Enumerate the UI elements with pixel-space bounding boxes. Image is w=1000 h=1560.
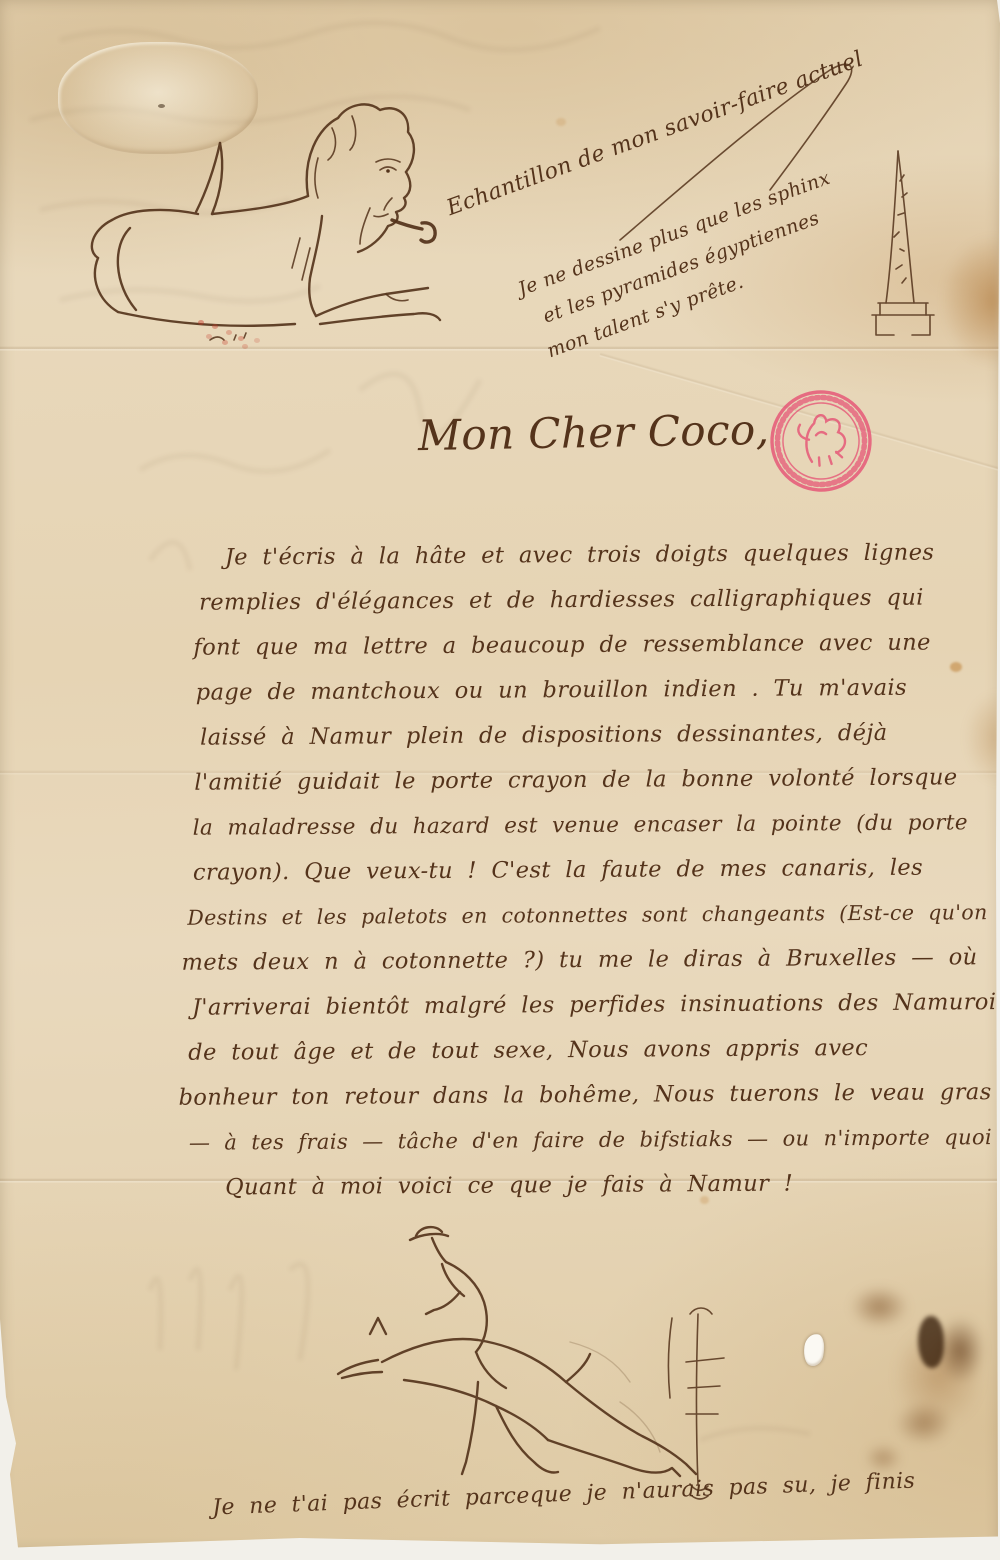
lion-stamp-icon bbox=[752, 372, 891, 511]
body-line: Quant à moi voici ce que je fais à Namur… bbox=[225, 1160, 977, 1210]
caption-sphinx-note: Je ne dessine plus que les sphinx et les… bbox=[513, 161, 858, 370]
body-line: de tout âge et de tout sexe, Nous avons … bbox=[188, 1025, 976, 1076]
letter-body: Je t'écris à la hâte et avec trois doigt… bbox=[183, 530, 978, 1210]
red-ink-speckles bbox=[198, 320, 204, 325]
body-line: laissé à Namur plein de dispositions des… bbox=[200, 710, 974, 760]
body-line: J'arriverai bientôt malgré les perfides … bbox=[192, 980, 976, 1030]
body-line: l'amitié guidait le porte crayon de la b… bbox=[194, 755, 974, 805]
scan-background: Echantillon de mon savoir-faire actuel J… bbox=[0, 0, 1000, 1560]
letter-page: Echantillon de mon savoir-faire actuel J… bbox=[0, 0, 1000, 1552]
foxing-spot bbox=[700, 1196, 709, 1204]
body-line: bonheur ton retour dans la bohême, Nous … bbox=[178, 1070, 976, 1121]
foxing-spot bbox=[556, 118, 566, 126]
body-line: remplies d'élégances et de hardiesses ca… bbox=[199, 575, 973, 625]
red-library-stamp bbox=[752, 372, 891, 511]
obelisk-drawing bbox=[850, 145, 960, 345]
body-line: page de mantchoux ou un brouillon indien… bbox=[196, 665, 974, 715]
body-line: — à tes frais — tâche d'en faire de bifs… bbox=[189, 1115, 977, 1166]
sphinx-drawing bbox=[70, 88, 450, 358]
body-line: crayon). Que veux-tu ! C'est la faute de… bbox=[193, 845, 975, 895]
body-line: font que ma lettre a beaucoup de ressemb… bbox=[193, 620, 973, 670]
foxing-spot bbox=[950, 662, 962, 672]
body-line: Je t'écris à la hâte et avec trois doigt… bbox=[225, 530, 973, 580]
body-line: mets deux n à cotonnette ?) tu me le dir… bbox=[181, 935, 975, 986]
ink-blot-core bbox=[918, 1316, 944, 1368]
body-line: Destins et les paletots en cotonnettes s… bbox=[187, 890, 975, 941]
body-line: la maladresse du hazard est venue encase… bbox=[193, 800, 975, 850]
salutation: Mon Cher Coco, bbox=[418, 405, 770, 460]
